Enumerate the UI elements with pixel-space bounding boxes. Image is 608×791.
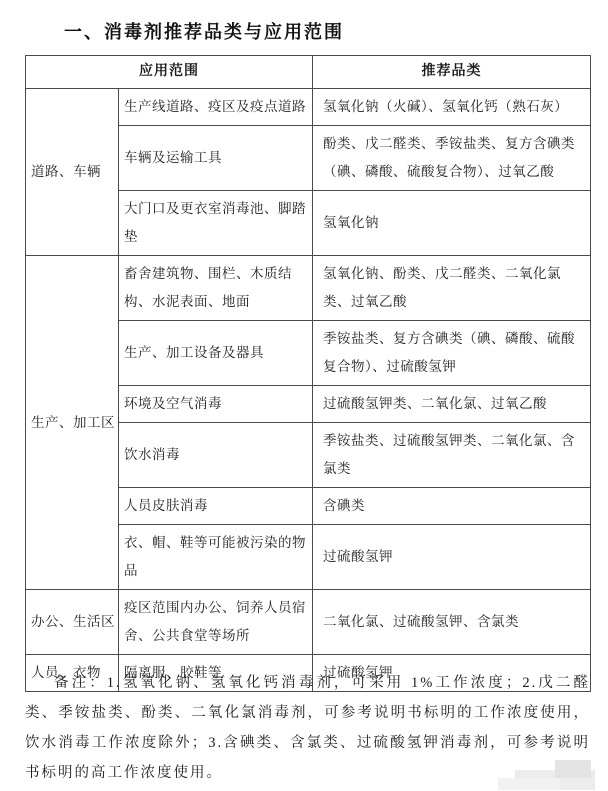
watermark-smudge <box>555 760 591 778</box>
group-cell: 办公、生活区 <box>26 590 119 655</box>
group-cell: 道路、车辆 <box>26 89 119 256</box>
application-cell: 环境及空气消毒 <box>119 386 313 423</box>
application-cell: 疫区范围内办公、饲养人员宿舍、公共食堂等场所 <box>119 590 313 655</box>
recommended-cell: 过硫酸氢钾类、二氧化氯、过氧乙酸 <box>313 386 591 423</box>
recommended-cell: 氢氧化钠 <box>313 191 591 256</box>
application-cell: 车辆及运输工具 <box>119 126 313 191</box>
recommended-cell: 氢氧化钠、酚类、戊二醛类、二氧化氯类、过氧乙酸 <box>313 256 591 321</box>
page-title: 一、消毒剂推荐品类与应用范围 <box>64 18 344 44</box>
group-cell: 生产、加工区 <box>26 256 119 590</box>
application-cell: 生产、加工设备及器具 <box>119 321 313 386</box>
recommended-cell: 二氧化氯、过硫酸氢钾、含氯类 <box>313 590 591 655</box>
application-cell: 饮水消毒 <box>119 423 313 488</box>
recommended-cell: 酚类、戊二醛类、季铵盐类、复方含碘类（碘、磷酸、硫酸复合物）、过氧乙酸 <box>313 126 591 191</box>
table-body: 道路、车辆生产线道路、疫区及疫点道路氢氧化钠（火碱）、氢氧化钙（熟石灰）车辆及运… <box>26 89 591 692</box>
application-cell: 畜舍建筑物、围栏、木质结构、水泥表面、地面 <box>119 256 313 321</box>
document-page: 一、消毒剂推荐品类与应用范围 应用范围 推荐品类 道路、车辆生产线道路、疫区及疫… <box>0 0 608 791</box>
recommended-cell: 含碘类 <box>313 488 591 525</box>
disinfectant-table: 应用范围 推荐品类 道路、车辆生产线道路、疫区及疫点道路氢氧化钠（火碱）、氢氧化… <box>25 55 591 692</box>
application-cell: 人员皮肤消毒 <box>119 488 313 525</box>
application-cell: 生产线道路、疫区及疫点道路 <box>119 89 313 126</box>
table-row: 道路、车辆生产线道路、疫区及疫点道路氢氧化钠（火碱）、氢氧化钙（熟石灰） <box>26 89 591 126</box>
header-recommended-category: 推荐品类 <box>313 56 591 89</box>
watermark-smudge <box>498 778 560 790</box>
header-application-scope: 应用范围 <box>26 56 313 89</box>
application-cell: 大门口及更衣室消毒池、脚踏垫 <box>119 191 313 256</box>
footnote-text: 备注：1.氢氧化钠、氢氧化钙消毒剂，可采用 1%工作浓度；2.戊二醛类、季铵盐类… <box>25 668 590 788</box>
recommended-cell: 季铵盐类、复方含碘类（碘、磷酸、硫酸复合物）、过硫酸氢钾 <box>313 321 591 386</box>
recommended-cell: 氢氧化钠（火碱）、氢氧化钙（熟石灰） <box>313 89 591 126</box>
header-row: 应用范围 推荐品类 <box>26 56 591 89</box>
application-cell: 衣、帽、鞋等可能被污染的物品 <box>119 525 313 590</box>
table-header: 应用范围 推荐品类 <box>26 56 591 89</box>
recommended-cell: 过硫酸氢钾 <box>313 525 591 590</box>
recommended-cell: 季铵盐类、过硫酸氢钾类、二氧化氯、含氯类 <box>313 423 591 488</box>
table-row: 办公、生活区疫区范围内办公、饲养人员宿舍、公共食堂等场所二氧化氯、过硫酸氢钾、含… <box>26 590 591 655</box>
table-row: 生产、加工区畜舍建筑物、围栏、木质结构、水泥表面、地面氢氧化钠、酚类、戊二醛类、… <box>26 256 591 321</box>
